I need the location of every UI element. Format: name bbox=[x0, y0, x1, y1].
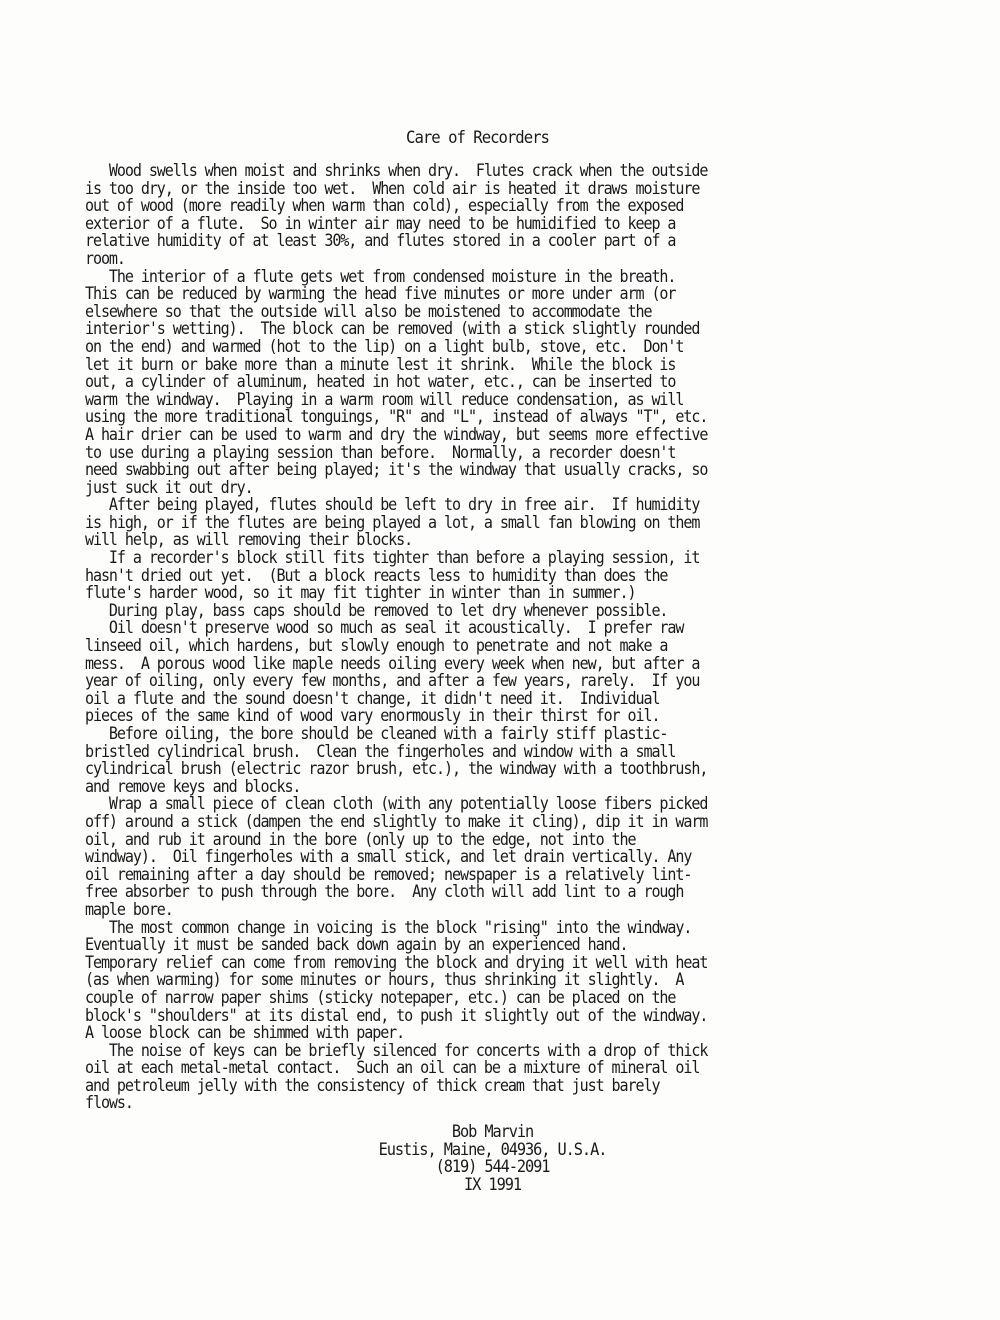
text-line: A hair drier can be used to warm and dry… bbox=[85, 427, 882, 445]
text-line: flows. bbox=[85, 1095, 882, 1113]
text-line: Before oiling, the bore should be cleane… bbox=[85, 726, 882, 744]
text-line: room. bbox=[85, 251, 882, 269]
text-line: free absorber to push through the bore. … bbox=[85, 884, 882, 902]
text-line: Wood swells when moist and shrinks when … bbox=[85, 163, 882, 181]
document-date: IX 1991 bbox=[49, 1177, 936, 1195]
text-line: and petroleum jelly with the consistency… bbox=[85, 1078, 882, 1096]
text-line: relative humidity of at least 30%, and f… bbox=[85, 233, 882, 251]
document-page: Care of Recorders Wood swells when moist… bbox=[0, 0, 1000, 1320]
text-line: on the end) and warmed (hot to the lip) … bbox=[85, 339, 882, 357]
document-title: Care of Recorders bbox=[38, 128, 917, 148]
document-body: Wood swells when moist and shrinks when … bbox=[85, 163, 882, 1113]
text-line: couple of narrow paper shims (sticky not… bbox=[85, 990, 882, 1008]
text-line: off) around a stick (dampen the end slig… bbox=[85, 814, 882, 832]
text-line: linseed oil, which hardens, but slowly e… bbox=[85, 638, 882, 656]
author-name: Bob Marvin bbox=[49, 1124, 936, 1142]
text-line: maple bore. bbox=[85, 902, 882, 920]
signature-block: Bob Marvin Eustis, Maine, 04936, U.S.A. … bbox=[49, 1124, 936, 1194]
